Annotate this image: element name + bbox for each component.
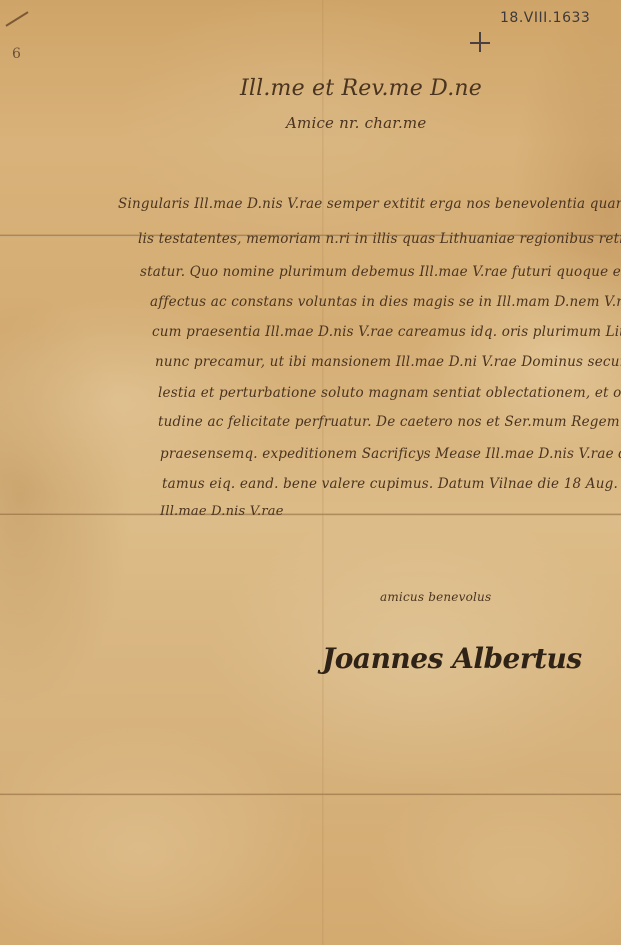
body-line: statur. Quo nomine plurimum debemus Ill.… xyxy=(140,264,621,280)
body-line: cum praesentia Ill.mae D.nis V.rae carea… xyxy=(152,324,621,340)
body-line: lestia et perturbatione soluto magnam se… xyxy=(158,385,621,401)
cross-mark-icon xyxy=(470,32,490,52)
archive-date-annotation: 18.VIII.1633 xyxy=(500,10,590,26)
horizontal-fold-crease-middle xyxy=(0,513,621,516)
body-line: praesensemq. expeditionem Sacrificys Mea… xyxy=(160,446,621,462)
page-number: 6 xyxy=(12,46,21,62)
body-line: lis testatentes, memoriam n.ri in illis … xyxy=(138,231,621,247)
salutation-line-2: Amice nr. char.me xyxy=(286,114,426,132)
body-line: tamus eiq. eand. bene valere cupimus. Da… xyxy=(162,476,621,492)
body-line: Ill.mae D.nis V.rae xyxy=(160,504,284,519)
salutation-line-1: Ill.me et Rev.me D.ne xyxy=(240,76,482,101)
margin-pen-stroke xyxy=(5,11,28,26)
manuscript-page: 6 18.VIII.1633 Ill.me et Rev.me D.ne Ami… xyxy=(0,0,621,945)
body-line: tudine ac felicitate perfruatur. De caet… xyxy=(158,414,621,430)
body-line: nunc precamur, ut ibi mansionem Ill.mae … xyxy=(155,354,621,370)
vertical-fold-crease xyxy=(322,0,324,945)
signature: Joannes Albertus xyxy=(322,642,582,675)
body-line: affectus ac constans voluntas in dies ma… xyxy=(150,294,621,310)
closing-formula: amicus benevolus xyxy=(380,590,491,604)
horizontal-fold-crease-lower xyxy=(0,793,621,796)
body-line: Singularis Ill.mae D.nis V.rae semper ex… xyxy=(118,196,621,212)
